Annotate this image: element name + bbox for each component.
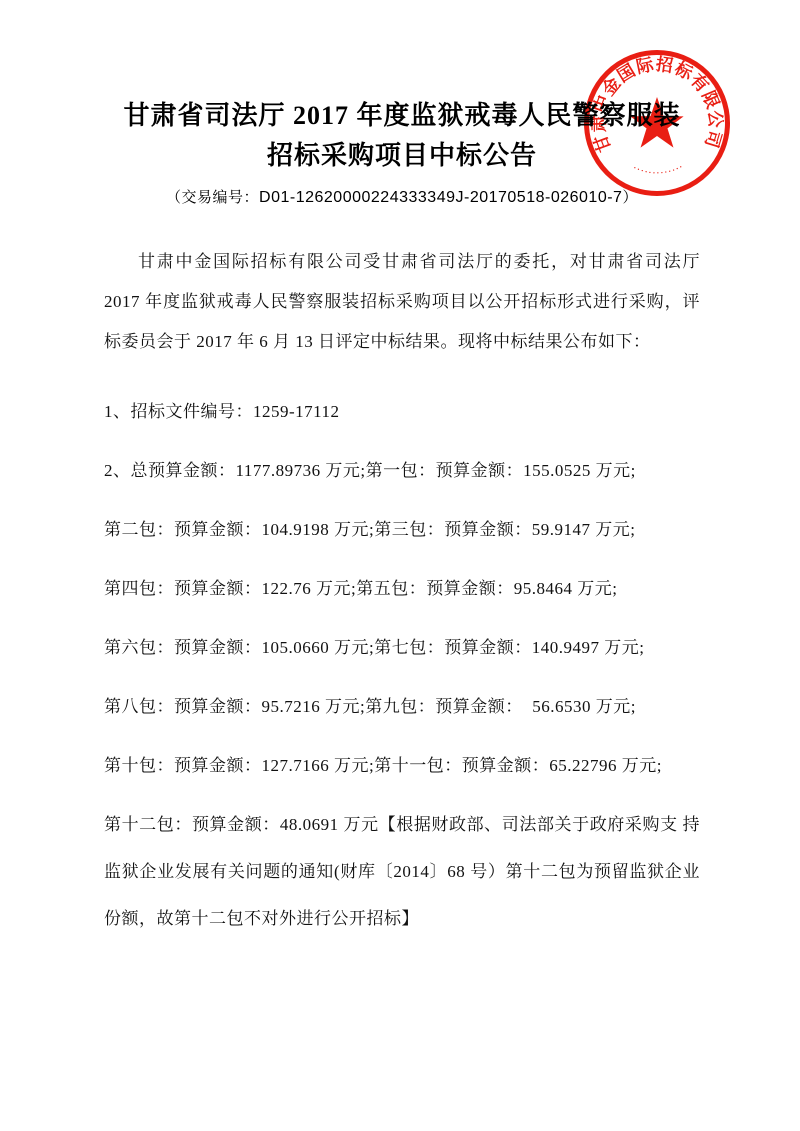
item-budget-pkg10-11: 第十包：预算金额：127.7166 万元;第十一包：预算金额：65.22796 … — [104, 742, 700, 789]
item-bid-document-number: 1、招标文件编号：1259-17112 — [104, 388, 700, 435]
transaction-number-suffix: ） — [622, 190, 638, 206]
document-content: 甘肃省司法厅 2017 年度监狱戒毒人民警察服装 招标采购项目中标公告 （交易编… — [104, 0, 700, 942]
item-budget-pkg12-note: 第十二包：预算金额：48.0691 万元【根据财政部、司法部关于政府采购支 持监… — [104, 801, 700, 942]
item-budget-pkg2-3: 第二包：预算金额：104.9198 万元;第三包：预算金额：59.9147 万元… — [104, 506, 700, 553]
announcement-items: 1、招标文件编号：1259-17112 2、总预算金额：1177.89736 万… — [104, 388, 700, 942]
document-title: 甘肃省司法厅 2017 年度监狱戒毒人民警察服装 招标采购项目中标公告 — [104, 96, 700, 176]
transaction-number-prefix: （交易编号： — [166, 190, 259, 206]
intro-paragraph: 甘肃中金国际招标有限公司受甘肃省司法厅的委托，对甘肃省司法厅 2017 年度监狱… — [104, 242, 700, 362]
document-title-line2: 招标采购项目中标公告 — [267, 141, 537, 170]
item-total-budget-pkg1: 2、总预算金额：1177.89736 万元;第一包：预算金额：155.0525 … — [104, 447, 700, 494]
transaction-number-value: D01-12620000224333349J-20170518-026010-7 — [259, 189, 622, 206]
document-title-line1: 甘肃省司法厅 2017 年度监狱戒毒人民警察服装 — [123, 101, 680, 130]
transaction-number-line: （交易编号：D01-12620000224333349J-20170518-02… — [104, 186, 700, 210]
document-page: 甘肃省司法厅 2017 年度监狱戒毒人民警察服装 招标采购项目中标公告 （交易编… — [0, 0, 800, 1131]
item-budget-pkg6-7: 第六包：预算金额：105.0660 万元;第七包：预算金额：140.9497 万… — [104, 624, 700, 671]
item-budget-pkg4-5: 第四包：预算金额：122.76 万元;第五包：预算金额：95.8464 万元; — [104, 565, 700, 612]
item-budget-pkg8-9: 第八包：预算金额：95.7216 万元;第九包：预算金额： 56.6530 万元… — [104, 683, 700, 730]
